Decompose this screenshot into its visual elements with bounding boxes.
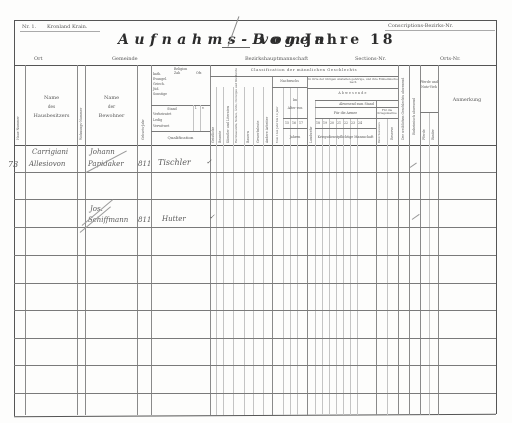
for-army: Für die Armee — [315, 111, 376, 115]
abwesend-label: Abwesende — [308, 91, 398, 95]
status-col-2: v. — [202, 106, 204, 110]
col-line — [151, 65, 152, 415]
col-line — [343, 118, 344, 415]
classification-check: ✓ — [206, 158, 212, 166]
for-navy: Für die Kriegsmarine — [376, 109, 398, 115]
owner-name-line-2: Allesiovon — [29, 160, 65, 168]
vcol-clergy: Geistliche — [211, 127, 215, 143]
religion-col-1: Zah — [174, 71, 180, 75]
livestock-cattle: Rinder — [431, 129, 435, 140]
religion-row: Sonstige — [153, 92, 167, 96]
nachwuchs-sub-1: Im — [283, 98, 307, 102]
header-line — [307, 88, 398, 89]
landwehr-col: Landwehr — [309, 127, 313, 143]
vcol-farmers: Bauern — [246, 131, 250, 143]
religion-row: Evangel. — [153, 77, 167, 81]
resident-name-line-1: Johann — [90, 148, 115, 156]
header-line — [283, 118, 307, 119]
frame-right — [496, 20, 497, 414]
col-line — [336, 118, 337, 415]
resident-name-header-2: der — [86, 104, 137, 109]
nachwuchs-sub-2: Alter von — [283, 106, 307, 110]
army-age: 23 — [351, 121, 355, 125]
section-label: Sections-Nr. — [355, 56, 386, 62]
frame-left — [14, 20, 15, 416]
army-age: 20 — [330, 121, 334, 125]
col-line — [420, 65, 421, 415]
vcol-artists: Künstler und Literaten — [226, 106, 230, 143]
district-authority-label: Bezirkshauptmannschaft — [245, 56, 308, 62]
header-line — [283, 128, 307, 129]
age-17: 17 — [299, 121, 303, 125]
birth-year-cell: 811 — [138, 160, 151, 168]
crownland-underline — [20, 31, 100, 32]
qualified-label: Kriegsdienstpflichtige Mannschaft — [315, 135, 376, 139]
army-age: 24 — [358, 121, 362, 125]
municipality-label: Gemeinde — [112, 56, 138, 62]
frame-bottom — [14, 414, 496, 418]
col-line — [409, 65, 410, 415]
row-line — [14, 199, 496, 200]
place-number-label: Orts-Nr. — [440, 56, 461, 62]
col-line — [322, 118, 323, 415]
qualification-header: Qualification — [151, 136, 210, 140]
status-row: Verheiratet — [153, 112, 171, 116]
army-age: 21 — [337, 121, 341, 125]
age-15: 15 — [285, 121, 289, 125]
house-number-header: Haus-Nummer — [16, 116, 20, 140]
header-line — [315, 118, 398, 119]
table-header-bottom — [14, 145, 496, 146]
frame-top-left — [14, 20, 239, 21]
navy-col-2: Reserve — [390, 127, 394, 140]
vcol-tradesmen: Gewerbsleute — [256, 121, 260, 143]
form-title-vom: vom — [260, 32, 304, 48]
status-title: Stand — [151, 107, 193, 111]
col-line — [438, 65, 439, 415]
owner-name-header-1: Name — [26, 95, 77, 101]
col-line — [398, 65, 399, 415]
status-row: Ledig — [153, 118, 162, 122]
house-number-cell: 73 — [8, 160, 18, 169]
col-line — [387, 118, 388, 415]
frame-top-right — [239, 20, 496, 21]
qualification-cell: Hutter — [162, 215, 186, 223]
form-title-year: Jahre 18 — [305, 32, 396, 48]
col-line — [376, 100, 377, 415]
header-line — [272, 87, 307, 88]
col-line — [315, 100, 316, 415]
col-line — [210, 65, 211, 415]
religion-row: Griech. — [153, 82, 165, 86]
row-line — [14, 393, 496, 394]
age-16: 16 — [292, 121, 296, 125]
col-line — [77, 65, 78, 415]
place-label: Ort — [34, 56, 43, 62]
vcol-other-workers: Andere Arbeiter — [265, 117, 269, 143]
title-underline — [222, 47, 250, 48]
nachwuchs-age-col: Vom 1ten Jahr bis 14 Jahr — [275, 107, 279, 143]
navy-col-1: Beim Seewesen — [378, 122, 382, 143]
religion-row: Jüd. — [153, 87, 159, 91]
table-top-line — [14, 65, 496, 66]
foreign-title: In Orte der übrigen Anstalten gehörige, … — [308, 78, 398, 85]
conscription-district-label: Conscriptions-Bezirks-Nr. — [388, 23, 453, 29]
classification-check: ✓ — [209, 213, 215, 221]
col-line — [329, 118, 330, 415]
religion-row: kath. — [153, 72, 161, 76]
birth-year-header: Geburts-Jahr — [141, 119, 145, 140]
col-line — [137, 65, 138, 415]
col-line — [200, 105, 201, 131]
army-age: 18 — [316, 121, 320, 125]
livestock-title: Pferde und Nutz-Vieh — [420, 80, 438, 90]
crownland-label: Kronland Krain. — [47, 24, 87, 30]
row-line — [14, 338, 496, 339]
col-line — [193, 105, 194, 131]
row-line — [14, 310, 496, 311]
army-age: 19 — [323, 121, 327, 125]
apartment-number-header: Wohnungs-Nummer — [79, 108, 83, 140]
remarks-header: Anmerkung — [438, 98, 496, 103]
header-line — [315, 128, 376, 129]
status-row: Verwitwet — [153, 124, 169, 128]
conscription-underline — [385, 30, 495, 31]
vcol-lawyers: Rechtsanwälte, Notare, Ärzte, Chirurgen … — [235, 68, 239, 143]
header-line — [420, 112, 438, 113]
resident-name-header-3: Bewohner — [86, 113, 137, 119]
form-number: Nr. 1. — [22, 24, 36, 30]
header-line — [151, 131, 210, 132]
religion-col-2: Ofs — [196, 71, 201, 75]
nachwuchs-title: Nachwuchs — [272, 79, 307, 83]
owner-name-header-3: Hausbesitzers — [26, 113, 77, 119]
temporary-absent-col: Der weiblichen Geschlechts abwesend — [401, 78, 405, 140]
resident-name-header-1: Name — [86, 95, 137, 101]
vcol-officials: Beamte — [218, 131, 222, 143]
row-line — [14, 365, 496, 366]
col-line — [429, 112, 430, 415]
pencil-mark — [410, 163, 417, 168]
birth-year-cell: 811 — [138, 216, 151, 224]
owner-name-line-1: Carrigiani — [32, 148, 68, 156]
owner-name-header-2: des — [26, 104, 77, 109]
absent-by-status: Abwesend zum Stand — [315, 102, 398, 106]
army-age: 22 — [344, 121, 348, 125]
pencil-mark — [412, 214, 420, 220]
livestock-horses: Pferde — [422, 129, 426, 140]
header-line — [315, 100, 398, 101]
col-line — [350, 118, 351, 415]
row-line — [14, 255, 496, 256]
row-line — [14, 283, 496, 284]
present-absent-col: Einheimisch abwesend — [412, 98, 416, 135]
col-line — [357, 118, 358, 415]
years-label: Jahren — [283, 135, 307, 139]
status-col-1: l. — [195, 106, 197, 110]
qualification-cell: Tischler — [158, 158, 191, 167]
